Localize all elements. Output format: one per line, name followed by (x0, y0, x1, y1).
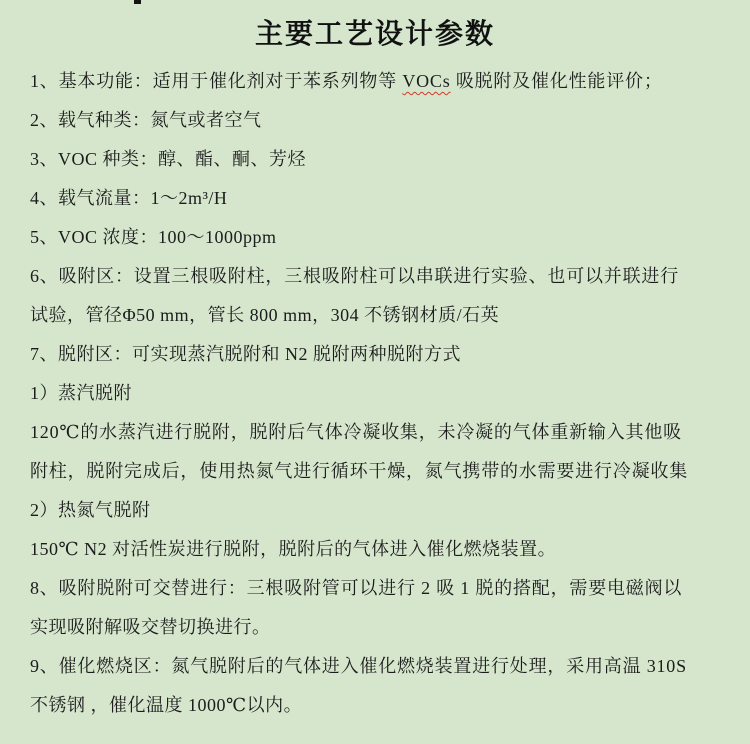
text-run: 2）热氮气脱附 (30, 500, 151, 520)
text-line: 8、吸附脱附可交替进行：三根吸附管可以进行 2 吸 1 脱的搭配，需要电磁阀以 (30, 569, 720, 608)
text-run: 1）蒸汽脱附 (30, 383, 132, 403)
text-line: 7、脱附区：可实现蒸汽脱附和 N2 脱附两种脱附方式 (30, 335, 720, 374)
text-run: 不锈钢 ，催化温度 1000℃以内。 (30, 695, 302, 715)
text-line: 附柱，脱附完成后，使用热氮气进行循环干燥，氮气携带的水需要进行冷凝收集 (30, 452, 720, 491)
text-run: 吸脱附及催化性能评价； (451, 71, 663, 91)
misspelled-word: VOCs (402, 71, 450, 91)
text-run: 实现吸附解吸交替切换进行。 (30, 617, 271, 637)
text-line: 1、基本功能：适用于催化剂对于苯系列物等 VOCs 吸脱附及催化性能评价； (30, 62, 720, 101)
text-run: 2、载气种类：氮气或者空气 (30, 110, 262, 130)
text-line: 1）蒸汽脱附 (30, 374, 720, 413)
text-line: 4、载气流量：1～2m³/H (30, 179, 720, 218)
text-run: 7、脱附区：可实现蒸汽脱附和 N2 脱附两种脱附方式 (30, 344, 461, 364)
text-run: 5、VOC 浓度：100～1000ppm (30, 227, 277, 247)
text-line: 9、催化燃烧区：氮气脱附后的气体进入催化燃烧装置进行处理，采用高温 310S (30, 647, 720, 686)
document-page: 主要工艺设计参数 1、基本功能：适用于催化剂对于苯系列物等 VOCs 吸脱附及催… (0, 0, 750, 744)
text-run: 试验，管径Φ50 mm，管长 800 mm，304 不锈钢材质/石英 (30, 305, 499, 325)
text-line: 150℃ N2 对活性炭进行脱附，脱附后的气体进入催化燃烧装置。 (30, 530, 720, 569)
text-line: 5、VOC 浓度：100～1000ppm (30, 218, 720, 257)
document-title: 主要工艺设计参数 (0, 12, 750, 52)
text-run: 9、催化燃烧区：氮气脱附后的气体进入催化燃烧装置进行处理，采用高温 310S (30, 656, 687, 676)
text-line: 2）热氮气脱附 (30, 491, 720, 530)
document-body: 1、基本功能：适用于催化剂对于苯系列物等 VOCs 吸脱附及催化性能评价；2、载… (0, 62, 750, 725)
text-line: 2、载气种类：氮气或者空气 (30, 101, 720, 140)
text-run: 8、吸附脱附可交替进行：三根吸附管可以进行 2 吸 1 脱的搭配，需要电磁阀以 (30, 578, 682, 598)
text-run: 120℃的水蒸汽进行脱附，脱附后气体冷凝收集，未冷凝的气体重新输入其他吸 (30, 422, 682, 442)
text-line: 6、吸附区：设置三根吸附柱，三根吸附柱可以串联进行实验、也可以并联进行 (30, 257, 720, 296)
text-line: 不锈钢 ，催化温度 1000℃以内。 (30, 686, 720, 725)
text-run: 附柱，脱附完成后，使用热氮气进行循环干燥，氮气携带的水需要进行冷凝收集 (30, 461, 688, 481)
text-line: 试验，管径Φ50 mm，管长 800 mm，304 不锈钢材质/石英 (30, 296, 720, 335)
text-run: 1、基本功能：适用于催化剂对于苯系列物等 (30, 71, 402, 91)
text-run: 150℃ N2 对活性炭进行脱附，脱附后的气体进入催化燃烧装置。 (30, 539, 556, 559)
text-line: 3、VOC 种类：醇、酯、酮、芳烃 (30, 140, 720, 179)
page-top-mark (134, 0, 141, 4)
text-line: 实现吸附解吸交替切换进行。 (30, 608, 720, 647)
text-run: 3、VOC 种类：醇、酯、酮、芳烃 (30, 149, 306, 169)
text-run: 6、吸附区：设置三根吸附柱，三根吸附柱可以串联进行实验、也可以并联进行 (30, 266, 679, 286)
text-run: 4、载气流量：1～2m³/H (30, 188, 227, 208)
text-line: 120℃的水蒸汽进行脱附，脱附后气体冷凝收集，未冷凝的气体重新输入其他吸 (30, 413, 720, 452)
